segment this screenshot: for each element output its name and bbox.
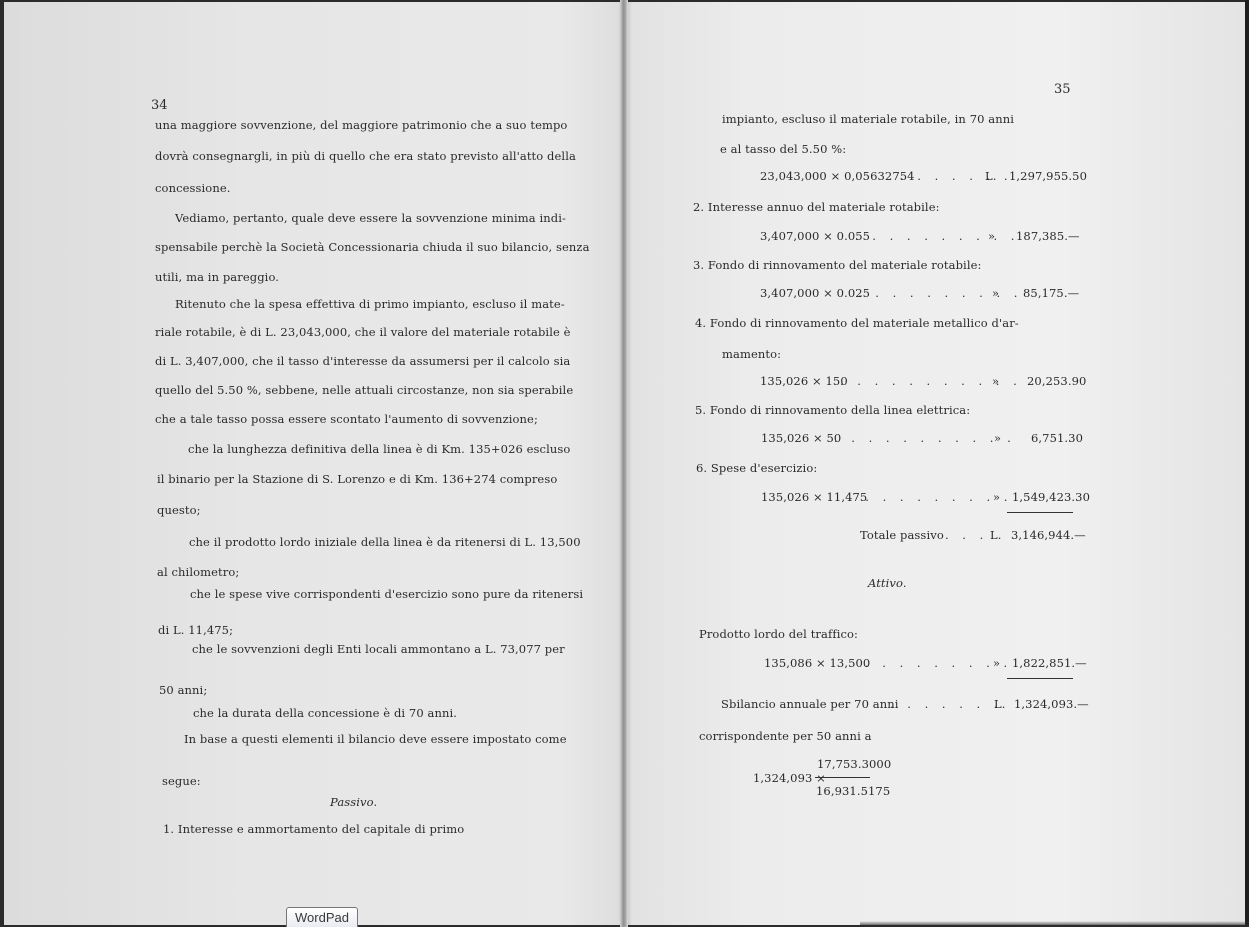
amount: 85,175.— <box>1023 286 1079 300</box>
page-shadow <box>860 921 1249 927</box>
currency-sign: L. <box>985 169 997 183</box>
screen-edge <box>1245 0 1249 927</box>
sum-rule <box>1007 512 1073 513</box>
leader-dots: . . . . . . . . . <box>865 656 1012 670</box>
text-line: corrispondente per 50 anni a <box>699 729 872 743</box>
text-line: Vediamo, pertanto, quale deve essere la … <box>175 211 566 225</box>
item-label: 5. Fondo di rinnovamento della linea ele… <box>695 403 970 417</box>
amount: 20,253.90 <box>1027 374 1086 388</box>
text-line: e al tasso del 5.50 %: <box>720 142 846 156</box>
item-label: 2. Interesse annuo del materiale rotabil… <box>693 200 940 214</box>
text-line: 1. Interesse e ammortamento del capitale… <box>163 822 464 836</box>
formula: 3,407,000 × 0.055 <box>760 229 870 243</box>
amount: 1,549,423.30 <box>1012 490 1090 504</box>
text-line: che le spese vive corrispondenti d'eserc… <box>190 587 583 601</box>
leader-dots: . . . . . . . . . . <box>848 490 1012 504</box>
amount: 187,385.— <box>1016 229 1080 243</box>
sbilancio-label: Sbilancio annuale per 70 anni <box>721 697 898 711</box>
text-line: quello del 5.50 %, sebbene, nelle attual… <box>155 383 573 397</box>
sum-rule <box>1007 678 1073 679</box>
text-line: che il prodotto lordo iniziale della lin… <box>189 535 581 549</box>
leader-dots: . . . <box>945 528 988 542</box>
text-line: impianto, escluso il materiale rotabile,… <box>722 112 1014 126</box>
currency-sign: » <box>993 656 1000 670</box>
text-line: di L. 3,407,000, che il tasso d'interess… <box>155 354 570 368</box>
text-line: spensabile perchè la Società Concessiona… <box>155 240 590 254</box>
text-line: segue: <box>162 774 201 788</box>
book-gutter <box>620 0 628 927</box>
item-label-cont: mamento: <box>722 347 781 361</box>
formula: 135,026 × 50 <box>761 431 841 445</box>
fraction-bar <box>815 777 870 778</box>
currency-sign: » <box>992 374 999 388</box>
item-label: 4. Fondo di rinnovamento del materiale m… <box>695 316 1019 330</box>
text-line: 50 anni; <box>159 683 207 697</box>
text-line: concessione. <box>155 181 231 195</box>
taskbar-tooltip-wordpad[interactable]: WordPad <box>286 907 358 927</box>
leader-dots: . . . . . . . <box>890 697 1003 711</box>
formula: 135,086 × 13,500 <box>764 656 870 670</box>
sbilancio-amount: 1,324,093.— <box>1014 697 1089 711</box>
formula: 3,407,000 × 0.025 <box>760 286 870 300</box>
currency-sign: » <box>994 431 1001 445</box>
text-line: di L. 11,475; <box>158 623 233 637</box>
currency-sign: L. <box>990 528 1002 542</box>
text-line: che le sovvenzioni degli Enti locali amm… <box>192 642 565 656</box>
text-line: questo; <box>157 503 201 517</box>
text-line: il binario per la Stazione di S. Lorenzo… <box>157 472 557 486</box>
fraction-numerator: 17,753.3000 <box>817 757 891 771</box>
currency-sign: L. <box>994 697 1006 711</box>
section-heading-attivo: Attivo. <box>868 576 907 590</box>
text-line: In base a questi elementi il bilancio de… <box>184 732 567 746</box>
currency-sign: » <box>988 229 995 243</box>
text-line: riale rotabile, è di L. 23,043,000, che … <box>155 325 571 339</box>
text-line: utili, ma in pareggio. <box>155 270 279 284</box>
text-line: dovrà consegnargli, in più di quello che… <box>155 149 576 163</box>
amount: 6,751.30 <box>1031 431 1083 445</box>
section-heading-passivo: Passivo. <box>330 795 377 809</box>
formula: 23,043,000 × 0,05632754 <box>760 169 915 183</box>
currency-sign: » <box>993 490 1000 504</box>
text-line: una maggiore sovvenzione, del maggiore p… <box>155 118 567 132</box>
totale-amount: 3,146,944.— <box>1011 528 1086 542</box>
amount: 1,297,955.50 <box>1009 169 1087 183</box>
attivo-label: Prodotto lordo del traffico: <box>699 627 858 641</box>
text-line: che a tale tasso possa essere scontato l… <box>155 412 538 426</box>
totale-label: Totale passivo <box>860 528 944 542</box>
attivo-amount: 1,822,851.— <box>1012 656 1087 670</box>
formula: 135,026 × 150 <box>760 374 848 388</box>
item-label: 3. Fondo di rinnovamento del materiale r… <box>693 258 981 272</box>
text-line: Ritenuto che la spesa effettiva di primo… <box>175 297 565 311</box>
fraction-denominator: 16,931.5175 <box>816 784 890 798</box>
currency-sign: » <box>992 286 999 300</box>
fraction-multiplier: 1,324,093 × <box>753 771 826 785</box>
page-number-right: 35 <box>1054 82 1071 97</box>
item-label: 6. Spese d'esercizio: <box>696 461 817 475</box>
text-line: che la lunghezza definitiva della linea … <box>188 442 570 456</box>
leader-dots: . . . . . . . . . . . <box>834 431 1016 445</box>
page-number-left: 34 <box>151 98 168 113</box>
text-line: che la durata della concessione è di 70 … <box>193 706 457 720</box>
text-line: al chilometro; <box>157 565 239 579</box>
